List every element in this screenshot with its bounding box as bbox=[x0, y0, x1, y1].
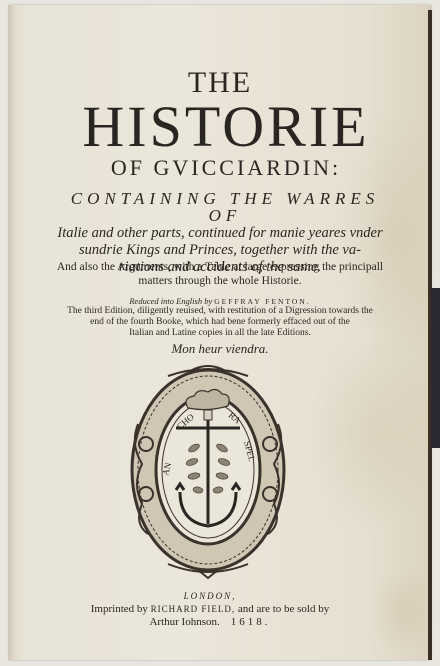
imprint-year: 1618. bbox=[231, 616, 271, 628]
edition-line: The third Edition, diligently reuised, w… bbox=[60, 306, 380, 317]
imprint-prefix: Imprinted by bbox=[91, 603, 148, 615]
arguments-line: matters through the whole Historie. bbox=[50, 274, 390, 288]
title-historie: HISTORIE bbox=[0, 98, 440, 156]
edition-note: The third Edition, diligently reuised, w… bbox=[60, 306, 380, 339]
subtitle-line: sundrie Kings and Princes, together with… bbox=[40, 242, 400, 259]
edition-line: end of the fourth Booke, which had bene … bbox=[60, 317, 380, 328]
imprint-bookseller: Arthur Iohnson. bbox=[149, 616, 219, 628]
bookmark-ribbon bbox=[431, 288, 440, 448]
imprint-line-1: Imprinted by RICHARD FIELD, and are to b… bbox=[60, 603, 360, 616]
arguments-line: And also the Arguments, with a Table at … bbox=[50, 260, 390, 274]
water-stain bbox=[308, 335, 438, 535]
subtitle-caps: CONTAINING THE WARRES OF bbox=[40, 190, 400, 224]
subtitle-line: Italie and other parts, continued for ma… bbox=[40, 225, 400, 242]
translation-prefix: Reduced into English by bbox=[129, 296, 212, 306]
imprint-printer: RICHARD FIELD, bbox=[151, 604, 236, 614]
motto: Mon heur viendra. bbox=[50, 341, 390, 357]
imprint: LONDON, Imprinted by RICHARD FIELD, and … bbox=[60, 590, 360, 629]
edition-line: Italian and Latine copies in all the lat… bbox=[60, 328, 380, 339]
printers-device-anchor-icon: AN CHO RA SPEI. bbox=[128, 364, 288, 580]
imprint-city: LONDON, bbox=[60, 590, 360, 603]
translator-name: GEFFRAY FENTON. bbox=[214, 297, 310, 306]
imprint-line-2: Arthur Iohnson. 1618. bbox=[60, 616, 360, 629]
title-of-guicciardin: OF GVICCIARDIN: bbox=[0, 157, 440, 179]
arguments-note: And also the Arguments, with a Table at … bbox=[50, 260, 390, 288]
imprint-suffix: and are to be sold by bbox=[238, 603, 329, 615]
